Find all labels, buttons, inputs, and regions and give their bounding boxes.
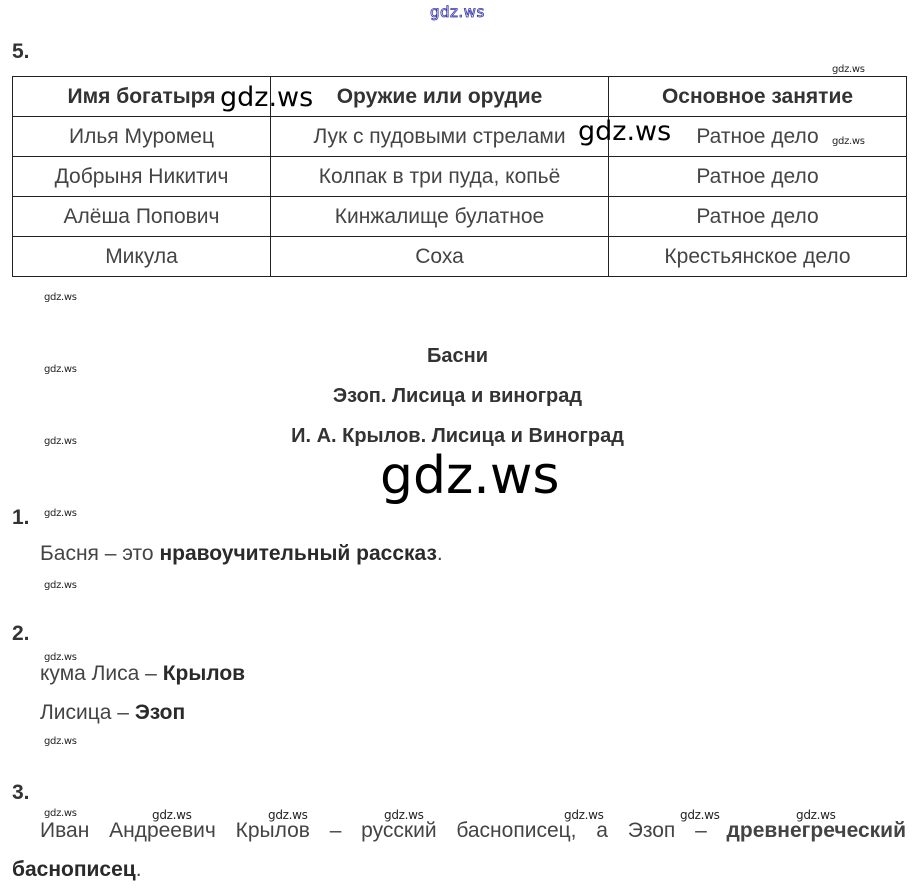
cell-weapon: Кинжалище булатное [271,197,609,237]
task3-line1: Иван Андреевич Крылов – русский баснопис… [40,819,906,843]
task-number-1: 1. [12,506,30,530]
table-row: Добрыня Никитич Колпак в три пуда, копьё… [13,157,907,197]
cell-occupation: Ратное дело [609,197,907,237]
cell-hero-name: Добрыня Никитич [13,157,271,197]
table-row: Алёша Попович Кинжалище булатное Ратное … [13,197,907,237]
watermark: gdz.ws [44,508,77,519]
cell-hero-name: Илья Муромец [13,117,271,157]
answer-text: . [437,542,443,565]
cell-occupation: Ратное дело [609,157,907,197]
cell-hero-name: Микула [13,237,271,277]
section-subtitle-krylov: И. А. Крылов. Лисица и Виноград [0,425,915,448]
watermark: gdz.ws [220,82,313,113]
answer-bold: нравоучительный рассказ [159,542,436,565]
answer-text: . [136,858,142,881]
watermark-large: gdz.ws [380,446,559,506]
section-title: Басни [0,345,915,368]
cell-hero-name: Алёша Попович [13,197,271,237]
section-subtitle-aesop: Эзоп. Лисица и виноград [0,385,915,408]
header-occupation: Основное занятие [609,77,907,117]
answer-bold: Эзоп [135,701,185,724]
watermark: gdz.ws [44,736,77,747]
table-header-row: Имя богатыря Оружие или орудие Основное … [13,77,907,117]
cell-weapon: Лук с пудовыми стрелами [271,117,609,157]
answer-bold: Крылов [163,662,245,685]
task2-line2: Лисица – Эзоп [40,701,185,725]
answer-text: кума Лиса – [40,662,163,685]
cell-occupation: Крестьянское дело [609,237,907,277]
watermark: gdz.ws [578,116,671,147]
cell-weapon: Колпак в три пуда, копьё [271,157,609,197]
answer-bold: древнегреческий [727,819,906,842]
watermark: gdz.ws [44,808,77,819]
task1-answer: Басня – это нравоучительный рассказ. [40,542,443,566]
answer-text: Лисица – [40,701,135,724]
answer-bold: баснописец [12,858,136,881]
table-row: Микула Соха Крестьянское дело [13,237,907,277]
watermark: gdz.ws [44,292,77,303]
watermark: gdz.ws [832,64,865,75]
task-number-3: 3. [12,781,30,805]
heroes-table: Имя богатыря Оружие или орудие Основное … [12,76,907,277]
table-row: Илья Муромец Лук с пудовыми стрелами Рат… [13,117,907,157]
watermark-top: gdz.ws [430,3,485,21]
watermark: gdz.ws [44,364,77,375]
task2-line1: кума Лиса – Крылов [40,662,245,686]
header-weapon: Оружие или орудие [271,77,609,117]
watermark: gdz.ws [832,136,865,147]
answer-text: Басня – это [40,542,159,565]
task-number-2: 2. [12,622,30,646]
task-number-5: 5. [12,40,30,64]
task3-line2: баснописец. [12,858,142,882]
cell-weapon: Соха [271,237,609,277]
answer-text: Иван Андреевич Крылов – русский баснопис… [40,819,727,842]
watermark: gdz.ws [44,580,77,591]
